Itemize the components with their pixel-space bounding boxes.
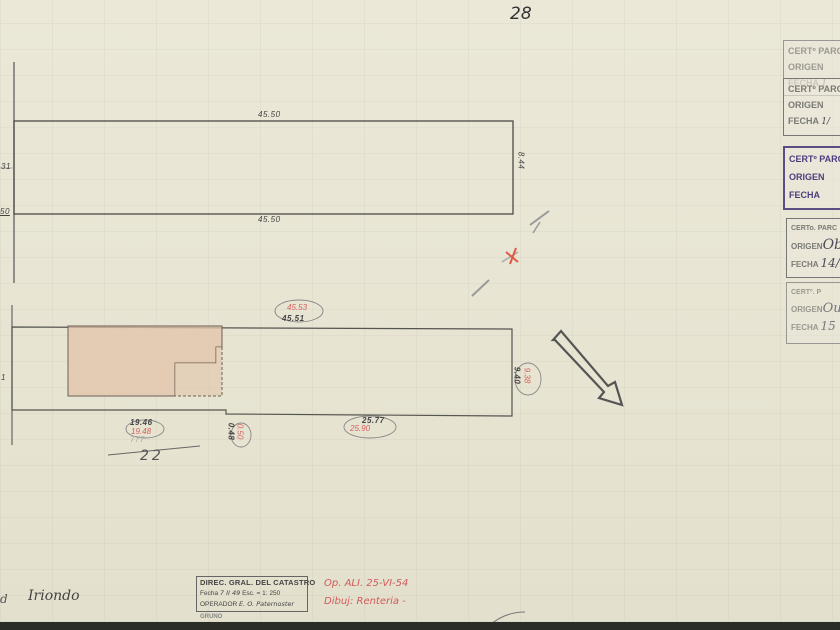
sheet-number: 28 [510, 4, 532, 24]
cert-stamp-2: CERTº PARC ORIGEN FECHA 1/ [783, 78, 840, 136]
upper-lot-bottom-dimension: 45.50 [258, 215, 281, 224]
title-block-operator: E. O. Paternoster [239, 600, 294, 608]
signature-prefix: d [0, 592, 8, 606]
cert-stamp-3: CERTº PARC ORIGEN FECHA [783, 146, 840, 210]
title-block-heading: DIREC. GRAL. DEL CATASTRO [200, 578, 304, 588]
lower-lot-top-dimension-black: 45.51 [282, 314, 305, 323]
step-dimension-black: 0.48 [226, 423, 235, 441]
upper-lot-top-dimension: 45.50 [258, 110, 281, 119]
lot-number: 22 [140, 448, 164, 464]
lower-lot-right-dimension-red: 9.38 [522, 368, 531, 384]
cert-stamp-4: CERTo. PARC ORIGENOb FECHA 14/ [786, 218, 840, 278]
lower-lot-top-dimension-red: 45.53 [287, 303, 307, 312]
north-arrow-icon [553, 331, 622, 405]
lower-lot-right-dimension-black: 9.40 [512, 367, 521, 385]
upper-lot-right-dimension: 8.44 [516, 152, 525, 170]
cert-stamp-5: CERTº. P ORIGENOu FECHA 15 [786, 282, 840, 344]
plot-drawing [0, 0, 840, 630]
red-note-drawn-by: Dibuj: Renteria - [324, 596, 406, 607]
upper-lot-left-mark-1: 31 [1, 162, 11, 171]
scan-bottom-edge [0, 622, 840, 630]
lower-lot-left-mark: 1 [1, 373, 6, 382]
upper-lot-left-mark-2: 50 [0, 207, 10, 216]
title-block-footer: GRUNO [200, 614, 222, 620]
step-dimension-red: 0.50 [235, 424, 244, 440]
red-note-operation: Op. ALI. 25-VI-54 [324, 578, 408, 589]
title-block-scale: Esc. = 1: 250 [242, 590, 280, 597]
upper-lot-outline [14, 121, 513, 214]
bottom-left-pencil-note: 777 [130, 435, 145, 444]
title-block-date: 7 II 49 [220, 589, 240, 597]
bottom-right-dimension-red: 25.90 [350, 424, 370, 433]
title-block: DIREC. GRAL. DEL CATASTRO Fecha 7 II 49 … [196, 576, 308, 612]
signature: Iriondo [28, 588, 80, 604]
bottom-left-dimension-black: 19.46 [130, 418, 153, 427]
red-cross-mark [506, 248, 518, 264]
